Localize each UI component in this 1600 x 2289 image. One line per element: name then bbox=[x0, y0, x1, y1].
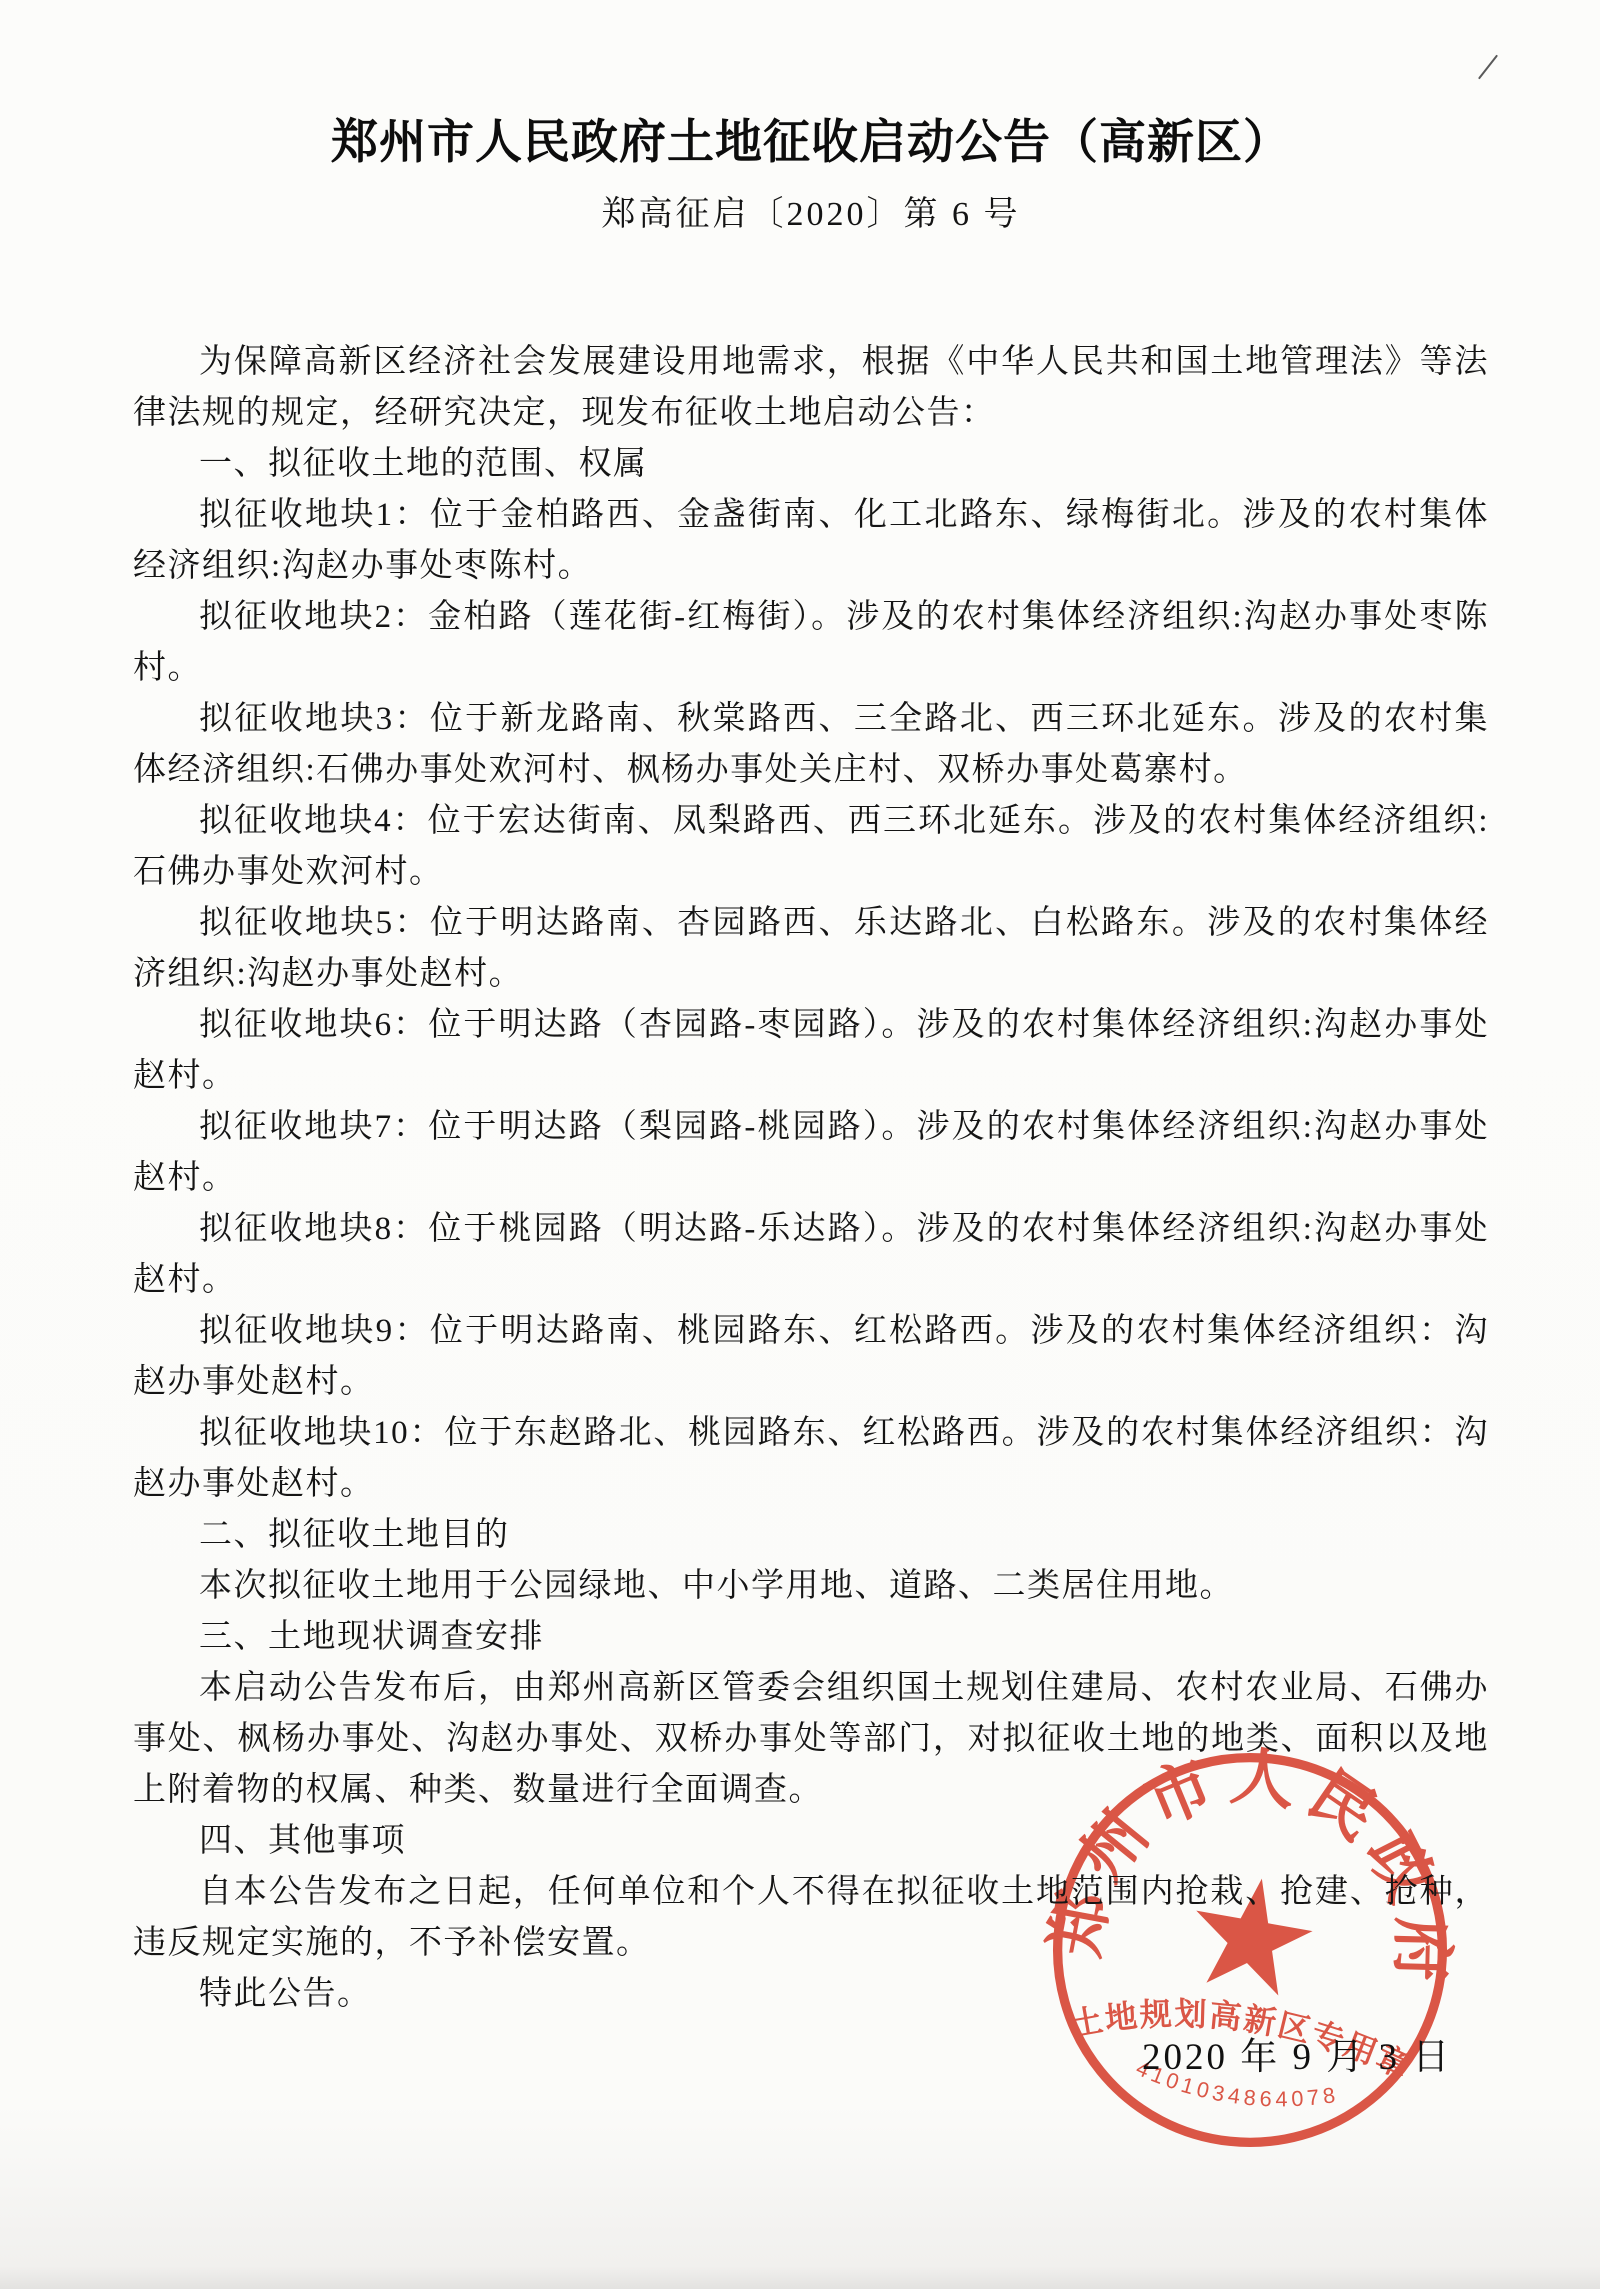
document-page: 郑州市人民政府土地征收启动公告（高新区） 郑高征启〔2020〕第 6 号 为保障… bbox=[0, 0, 1600, 2289]
paragraph-intro: 为保障高新区经济社会发展建设用地需求，根据《中华人民共和国土地管理法》等法律法规… bbox=[133, 337, 1489, 439]
parcel-9: 拟征收地块9：位于明达路南、桃园路东、红松路西。涉及的农村集体经济组织：沟赵办事… bbox=[133, 1306, 1489, 1408]
parcel-1: 拟征收地块1：位于金柏路西、金盏街南、化工北路东、绿梅街北。涉及的农村集体经济组… bbox=[133, 490, 1489, 592]
parcel-7: 拟征收地块7：位于明达路（梨园路-桃园路）。涉及的农村集体经济组织:沟赵办事处赵… bbox=[133, 1102, 1489, 1204]
paragraph-other: 自本公告发布之日起，任何单位和个人不得在拟征收土地范围内抢栽、抢建、抢种，违反规… bbox=[133, 1867, 1489, 1969]
parcel-3: 拟征收地块3：位于新龙路南、秋棠路西、三全路北、西三环北延东。涉及的农村集体经济… bbox=[133, 694, 1489, 796]
parcel-10: 拟征收地块10：位于东赵路北、桃园路东、红松路西。涉及的农村集体经济组织：沟赵办… bbox=[133, 1408, 1489, 1510]
section-heading-4: 四、其他事项 bbox=[133, 1816, 1489, 1867]
document-body: 为保障高新区经济社会发展建设用地需求，根据《中华人民共和国土地管理法》等法律法规… bbox=[133, 337, 1489, 2020]
document-content: 郑州市人民政府土地征收启动公告（高新区） 郑高征启〔2020〕第 6 号 为保障… bbox=[133, 0, 1489, 2020]
parcel-2: 拟征收地块2：金柏路（莲花街-红梅街）。涉及的农村集体经济组织:沟赵办事处枣陈村… bbox=[133, 592, 1489, 694]
parcel-8: 拟征收地块8：位于桃园路（明达路-乐达路）。涉及的农村集体经济组织:沟赵办事处赵… bbox=[133, 1204, 1489, 1306]
paragraph-survey: 本启动公告发布后，由郑州高新区管委会组织国土规划住建局、农村农业局、石佛办事处、… bbox=[133, 1663, 1489, 1816]
paragraph-closing: 特此公告。 bbox=[133, 1969, 1489, 2020]
paragraph-purpose: 本次拟征收土地用于公园绿地、中小学用地、道路、二类居住用地。 bbox=[133, 1561, 1489, 1612]
parcel-6: 拟征收地块6：位于明达路（杏园路-枣园路）。涉及的农村集体经济组织:沟赵办事处赵… bbox=[133, 1000, 1489, 1102]
parcel-5: 拟征收地块5：位于明达路南、杏园路西、乐达路北、白松路东。涉及的农村集体经济组织… bbox=[133, 898, 1489, 1000]
section-heading-2: 二、拟征收土地目的 bbox=[133, 1510, 1489, 1561]
page-title: 郑州市人民政府土地征收启动公告（高新区） bbox=[133, 112, 1489, 172]
section-heading-1: 一、拟征收土地的范围、权属 bbox=[133, 439, 1489, 490]
parcel-4: 拟征收地块4：位于宏达街南、凤梨路西、西三环北延东。涉及的农村集体经济组织:石佛… bbox=[133, 796, 1489, 898]
issue-date: 2020 年 9 月 3 日 bbox=[1142, 2026, 1452, 2080]
section-heading-3: 三、土地现状调查安排 bbox=[133, 1612, 1489, 1663]
doc-number: 郑高征启〔2020〕第 6 号 bbox=[133, 192, 1489, 238]
